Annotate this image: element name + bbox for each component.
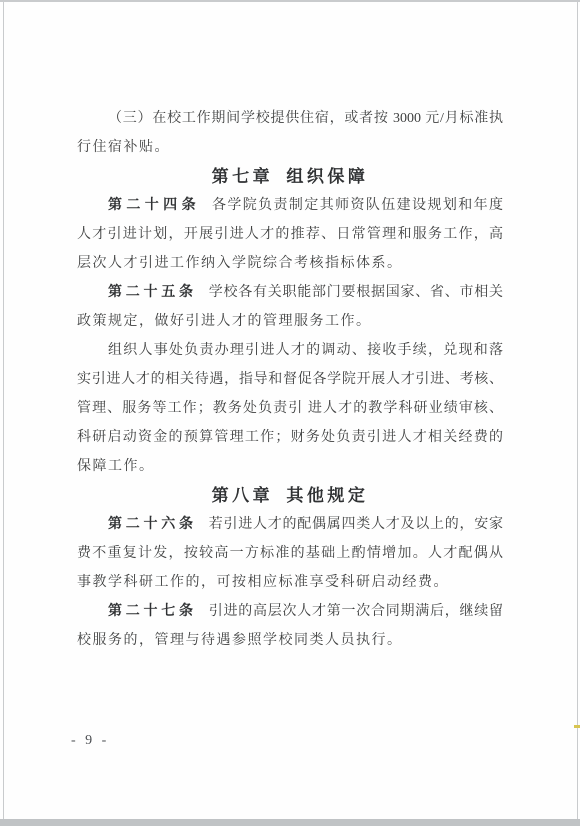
text-line: 第二十六条若引进人才的配偶属四类人才及以上的，安家 [77,510,503,539]
text-line-content: 若引进人才的配偶属四类人才及以上的，安家 [209,517,503,532]
text-line: 行住宿补贴。 [77,133,503,162]
scan-page: （三）在校工作期间学校提供住宿，或者按 3000 元/月标准执行住宿补贴。第七章… [0,0,580,826]
scan-border-top [0,0,580,2]
scan-border-bottom [0,819,580,826]
clause-number: 第二十七条 [108,604,197,619]
text-line: 第二十七条引进的高层次人才第一次合同期满后，继续留 [77,597,503,626]
text-line: 科研启动资金的预算管理工作；财务处负责引进人才相关经费的 [77,423,503,452]
text-line: （三）在校工作期间学校提供住宿，或者按 3000 元/月标准执 [77,104,503,133]
clause-number: 第二十四条 [108,198,200,213]
clause-number: 第二十五条 [108,285,197,300]
scan-border-left [3,0,4,826]
scan-artifact-yellow [574,725,580,728]
text-line: 事教学科研工作的，可按相应标准享受科研启动经费。 [77,568,503,597]
text-line: 政策规定，做好引进人才的管理服务工作。 [77,307,503,336]
clause-number: 第二十六条 [108,517,197,532]
chapter-heading: 第七章 组织保障 [77,162,503,191]
text-line-content: 引进的高层次人才第一次合同期满后，继续留 [209,604,503,619]
text-line: 人才引进计划，开展引进人才的推荐、日常管理和服务工作，高 [77,220,503,249]
text-line-content: 各学院负责制定其师资队伍建设规划和年度 [212,198,503,213]
text-line: 管理、服务等工作；教务处负责引 进人才的教学科研业绩审核、 [77,394,503,423]
text-line: 层次人才引进工作纳入学院综合考核指标体系。 [77,249,503,278]
text-line: 第二十五条学校各有关职能部门要根据国家、省、市相关 [77,278,503,307]
page-number: - 9 - [71,733,109,749]
chapter-heading: 第八章 其他规定 [77,481,503,510]
scan-border-right [577,0,578,826]
text-line: 实引进人才的相关待遇，指导和督促各学院开展人才引进、考核、 [77,365,503,394]
document-text: （三）在校工作期间学校提供住宿，或者按 3000 元/月标准执行住宿补贴。第七章… [77,104,503,655]
text-line-content: 学校各有关职能部门要根据国家、省、市相关 [209,285,503,300]
text-line: 费不重复计发，按较高一方标准的基础上酌情增加。人才配偶从 [77,539,503,568]
text-line: 校服务的，管理与待遇参照学校同类人员执行。 [77,626,503,655]
text-line: 保障工作。 [77,452,503,481]
text-line: 第二十四条各学院负责制定其师资队伍建设规划和年度 [77,191,503,220]
text-line: 组织人事处负责办理引进人才的调动、接收手续，兑现和落 [77,336,503,365]
